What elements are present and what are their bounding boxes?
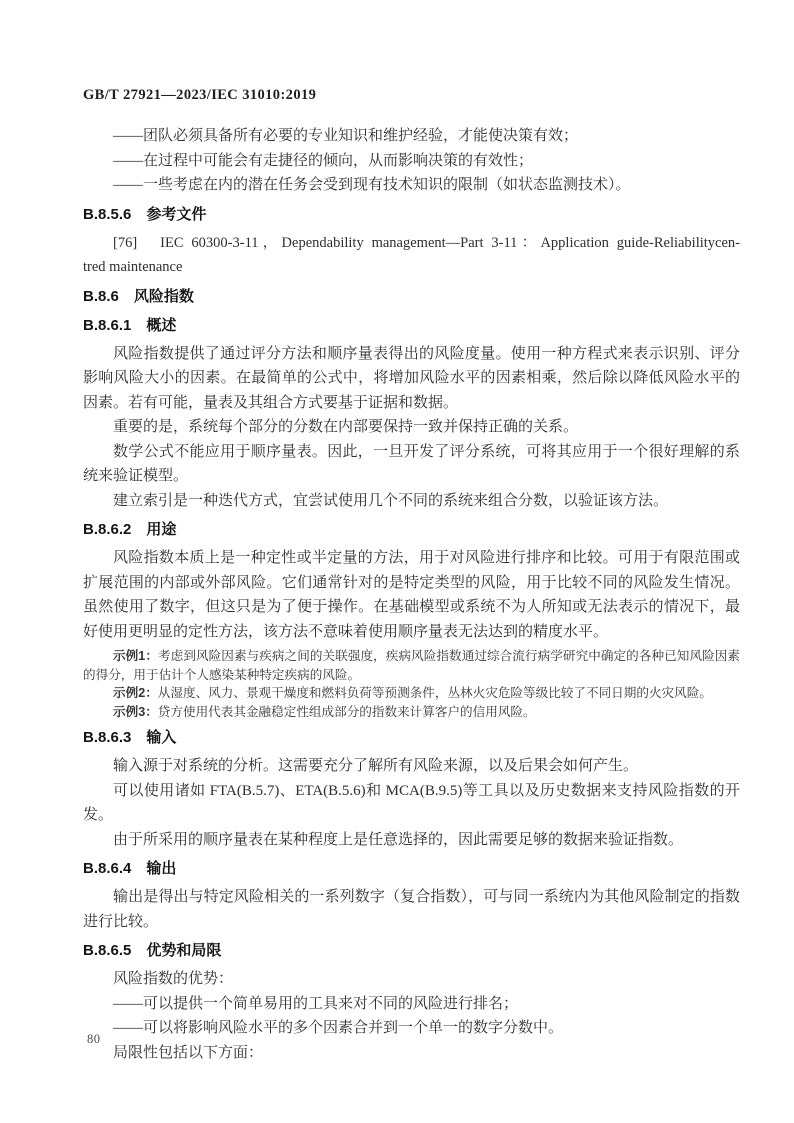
example-text: 考虑到风险因素与疾病之间的关联强度，疾病风险指数通过综合流行病学研究中确定的各种… <box>83 649 740 682</box>
paragraph: 重要的是，系统每个部分的分数在内部要保持一致并保持正确的关系。 <box>83 415 740 440</box>
section-heading-b865: B.8.6.5 优势和局限 <box>83 939 740 963</box>
paragraph: 建立索引是一种迭代方式，宜尝试使用几个不同的系统来组合分数，以验证该方法。 <box>83 489 740 514</box>
paragraph: 风险指数的优势： <box>83 967 740 992</box>
section-heading-b861: B.8.6.1 概述 <box>83 314 740 338</box>
list-item: ——团队必须具备所有必要的专业知识和维护经验，才能使决策有效； <box>83 124 740 149</box>
paragraph: 可以使用诸如 FTA(B.5.7)、ETA(B.5.6)和 MCA(B.9.5)… <box>83 779 740 828</box>
example-item: 示例2：从湿度、风力、景观干燥度和燃料负荷等预测条件，丛林火灾危险等级比较了不同… <box>83 684 740 703</box>
list-item: ——一些考虑在内的潜在任务会受到现有技术知识的限制（如状态监测技术）。 <box>83 173 740 198</box>
example-list: 示例1：考虑到风险因素与疾病之间的关联强度，疾病风险指数通过综合流行病学研究中确… <box>83 647 740 721</box>
section-heading-b864: B.8.6.4 输出 <box>83 857 740 881</box>
document-body: ——团队必须具备所有必要的专业知识和维护经验，才能使决策有效； ——在过程中可能… <box>83 124 740 1065</box>
example-item: 示例3：贷方使用代表其金融稳定性组成部分的指数来计算客户的信用风险。 <box>83 703 740 722</box>
reference-entry-line2: tred maintenance <box>83 255 740 280</box>
paragraph: 由于所采用的顺序量表在某种程度上是任意选择的，因此需要足够的数据来验证指数。 <box>83 828 740 853</box>
example-label: 示例2： <box>113 686 158 700</box>
paragraph: 输出是得出与特定风险相关的一系列数字（复合指数），可与同一系统内为其他风险制定的… <box>83 885 740 934</box>
paragraph: 风险指数提供了通过评分方法和顺序量表得出的风险度量。使用一种方程式来表示识别、评… <box>83 342 740 416</box>
list-item: ——可以将影响风险水平的多个因素合并到一个单一的数字分数中。 <box>83 1016 740 1041</box>
section-heading-b856: B.8.5.6 参考文件 <box>83 203 740 227</box>
page-number: 80 <box>87 1032 101 1047</box>
example-text: 从湿度、风力、景观干燥度和燃料负荷等预测条件，丛林火灾危险等级比较了不同日期的火… <box>158 686 712 700</box>
list-item: ——可以提供一个简单易用的工具来对不同的风险进行排名； <box>83 992 740 1017</box>
paragraph: 风险指数本质上是一种定性或半定量的方法，用于对风险进行排序和比较。可用于有限范围… <box>83 546 740 644</box>
page-header: GB/T 27921—2023/IEC 31010:2019 <box>83 86 740 104</box>
reference-entry-line1: [76] IEC 60300-3-11，Dependability manage… <box>83 231 740 256</box>
standard-number: GB/T 27921—2023/IEC 31010:2019 <box>83 87 316 103</box>
paragraph: 数学公式不能应用于顺序量表。因此，一旦开发了评分系统，可将其应用于一个很好理解的… <box>83 440 740 489</box>
section-heading-b86: B.8.6 风险指数 <box>83 285 740 309</box>
list-item: ——在过程中可能会有走捷径的倾向，从而影响决策的有效性； <box>83 149 740 174</box>
paragraph: 局限性包括以下方面： <box>83 1041 740 1066</box>
paragraph: 输入源于对系统的分析。这需要充分了解所有风险来源，以及后果会如何产生。 <box>83 754 740 779</box>
example-label: 示例3： <box>113 705 158 719</box>
example-text: 贷方使用代表其金融稳定性组成部分的指数来计算客户的信用风险。 <box>158 705 536 719</box>
section-heading-b862: B.8.6.2 用途 <box>83 518 740 542</box>
example-label: 示例1： <box>113 649 158 663</box>
example-item: 示例1：考虑到风险因素与疾病之间的关联强度，疾病风险指数通过综合流行病学研究中确… <box>83 647 740 684</box>
document-page: GB/T 27921—2023/IEC 31010:2019 ——团队必须具备所… <box>0 0 794 1123</box>
section-heading-b863: B.8.6.3 输入 <box>83 726 740 750</box>
